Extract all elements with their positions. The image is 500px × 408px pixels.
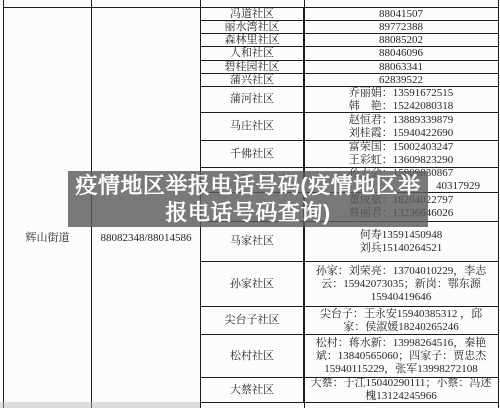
table-row: 马家社区 何寿13591450948 刘兵15140264521 [201,222,498,262]
table-row: 蒲河社区 乔丽娟：13591672515 韩 艳：15242080318 [201,87,498,113]
contact-line: 刘兵15140264521 [360,242,443,255]
table-row: 丽水湾社区 89772388 [201,21,498,34]
community-name: 丽水湾社区 [225,21,280,33]
community-name: 千佛社区 [230,148,274,161]
contact-line: 88063341 [379,61,423,73]
contact-line: 大蔡：于江15040290111；小蔡：冯述 [311,378,492,390]
community-name: 冯道社区 [230,8,274,20]
community-cell: 马庄社区 [201,113,304,140]
contact-cell: 88063341 [304,61,498,73]
table-row: 森林里社区 88085202 [201,34,498,47]
community-name: 人和社区 [230,47,274,60]
contact-line: 槐13124245966 [365,390,437,402]
community-name: 森林里社区 [225,34,280,46]
contact-cell: 尖台子：王永安15940385312 ，邱 家：侯淑媛18240265246 [304,307,498,334]
contact-cell: 富荣国：15002403247 王彩虹：13609823290 [304,141,498,167]
contact-line: 尖台子：王永安15940385312 ，邱 [320,308,482,321]
contact-line: 何寿13591450948 [360,229,443,242]
contact-line: 40317929 [436,180,480,192]
community-cell: 蒲河社区 [201,87,304,112]
contact-cell: 赵恒君：13889339879 刘桂霞：15940422690 [304,113,498,140]
community-cell: 大蔡社区 [201,378,304,402]
community-cell: 松村社区 [201,335,304,377]
community-name: 孙家社区 [230,278,274,291]
contact-line: 家：侯淑媛18240265246 [343,321,459,334]
screenshot-root: 辉山街道 88082348/88014586 冯道社区 88041507 丽水湾… [0,0,500,408]
title-overlay: 疫情地区举报电话号码(疫情地区举 报电话号码查询) [68,171,428,227]
community-name: 马家社区 [230,235,274,248]
community-cell: 人和社区 [201,47,304,60]
community-cell: 冯道社区 [201,8,304,20]
contact-line: 松村：蒋水新：13998264516，秦艳 [316,337,487,350]
contact-line: 韩 艳：15242080318 [349,100,454,113]
table-row: 马庄社区 赵恒君：13889339879 刘桂霞：15940422690 [201,113,498,141]
contact-cell: 88046096 [304,47,498,60]
contact-line: 刘桂霞：15940422690 [349,127,454,140]
bottom-partial-row [0,402,200,408]
overlay-title-line1: 疫情地区举报电话号码(疫情地区举 [75,172,420,199]
community-name: 碧桂园社区 [225,61,280,73]
street-name-cell: 辉山街道 [4,231,91,245]
community-name: 松村社区 [230,350,274,363]
contact-cell: 大蔡：于江15040290111；小蔡：冯述 槐13124245966 [304,378,498,402]
contact-line: 斌：13840565060；四家子：贾忠杰 [316,350,487,363]
contact-line: 89772388 [379,21,423,33]
street-phone-cell: 88082348/88014586 [91,231,201,245]
contact-line: 88085202 [379,34,423,46]
contact-line: 富荣国：15002403247 [349,141,454,154]
community-cell: 碧桂园社区 [201,61,304,73]
contact-cell: 88041507 [304,8,498,20]
top-partial-row [334,0,434,7]
contact-line: 赵恒君：13889339879 [349,114,454,127]
community-cell: 千佛社区 [201,141,304,167]
overlay-title-line2: 报电话号码查询) [165,199,330,226]
community-name: 蒲兴社区 [230,74,274,86]
contact-cell: 62839522 [304,74,498,86]
contact-cell: 乔丽娟：13591672515 韩 艳：15242080318 [304,87,498,112]
contact-line: 62839522 [379,74,423,86]
contact-line: 王彩虹：13609823290 [349,154,454,167]
community-cell: 孙家社区 [201,262,304,306]
contact-line: 乔丽娟：13591672515 [349,87,454,100]
contact-line: 云：15942073035；新岗：鄂东源 [321,278,481,291]
contact-line: 15940419646 [371,291,432,304]
community-name: 大蔡社区 [230,384,274,397]
contact-cell: 何寿13591450948 刘兵15140264521 [304,222,498,261]
contact-line: 孙家：刘荣亮：13704010229，李志 [316,265,487,278]
contact-line: 88041507 [379,8,423,20]
table-row: 人和社区 88046096 [201,47,498,61]
table-row: 冯道社区 88041507 [201,8,498,21]
community-cell: 马家社区 [201,222,304,261]
contact-cell: 89772388 [304,21,498,33]
community-name: 尖台子社区 [225,314,280,327]
contact-cell: 88085202 [304,34,498,46]
table-row: 千佛社区 富荣国：15002403247 王彩虹：13609823290 [201,141,498,168]
table-row: 碧桂园社区 88063341 [201,61,498,74]
community-name: 蒲河社区 [230,93,274,106]
table-row: 蒲兴社区 62839522 [201,74,498,87]
community-name: 马庄社区 [230,120,274,133]
contact-cell: 松村：蒋水新：13998264516，秦艳 斌：13840565060；四家子：… [304,335,498,377]
table-row: 大蔡社区 大蔡：于江15040290111；小蔡：冯述 槐13124245966 [201,378,498,403]
contact-line: 15940115229，张军13998272108 [324,363,478,376]
community-cell: 蒲兴社区 [201,74,304,86]
community-cell: 丽水湾社区 [201,21,304,33]
table-row: 松村社区 松村：蒋水新：13998264516，秦艳 斌：13840565060… [201,335,498,378]
community-cell: 尖台子社区 [201,307,304,334]
table-row: 孙家社区 孙家：刘荣亮：13704010229，李志 云：15942073035… [201,262,498,307]
contact-line: 88046096 [379,47,423,60]
community-cell: 森林里社区 [201,34,304,46]
contact-cell: 孙家：刘荣亮：13704010229，李志 云：15942073035；新岗：鄂… [304,262,498,306]
table-row: 尖台子社区 尖台子：王永安15940385312 ，邱 家：侯淑媛1824026… [201,307,498,335]
